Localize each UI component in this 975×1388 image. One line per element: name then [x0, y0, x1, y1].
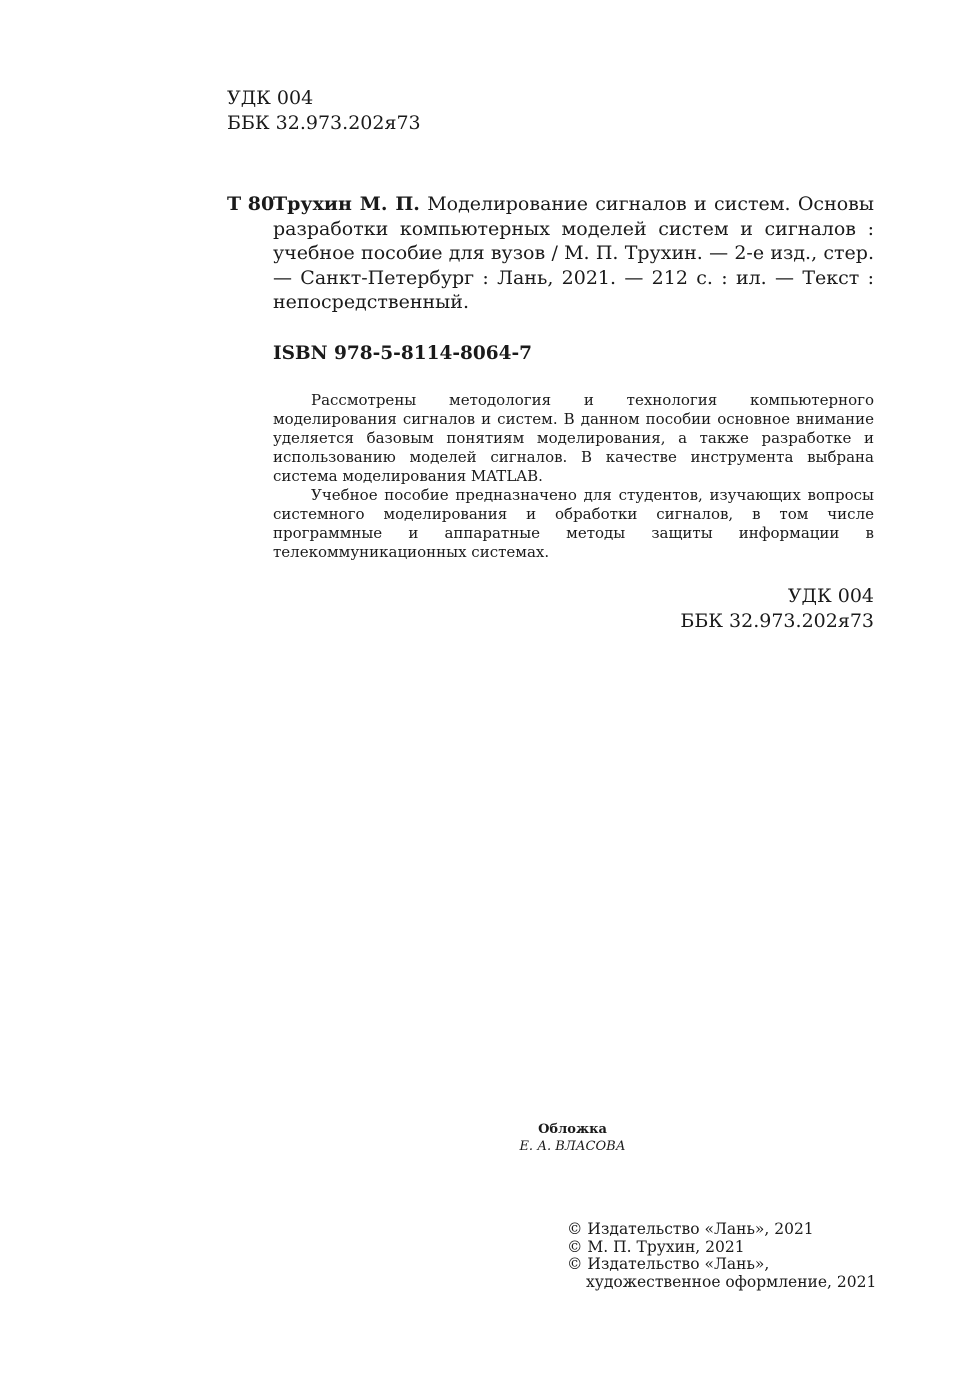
cover-designer: Е. А. ВЛАСОВА: [505, 1138, 640, 1155]
author-name: Трухин М. П.: [273, 193, 420, 215]
cover-credit: Обложка Е. А. ВЛАСОВА: [505, 1121, 640, 1155]
annotation-paragraph: Учебное пособие предназначено для студен…: [273, 486, 874, 562]
copyright-line: © Издательство «Лань», 2021: [567, 1221, 876, 1239]
bbk-code: ББК 32.973.202я73: [227, 111, 421, 136]
udk-code: УДК 004: [227, 86, 421, 111]
author-code: Т 80: [227, 192, 274, 217]
copyright-line: © М. П. Трухин, 2021: [567, 1239, 876, 1257]
cover-label: Обложка: [505, 1121, 640, 1138]
entry-body: Трухин М. П. Моделирование сигналов и си…: [273, 192, 874, 315]
udk-code: УДК 004: [680, 584, 874, 609]
copyright-line: художественное оформление, 2021: [567, 1274, 876, 1292]
isbn: ISBN 978-5-8114-8064-7: [273, 343, 532, 364]
classification-bottom: УДК 004 ББК 32.973.202я73: [680, 584, 874, 634]
bbk-code: ББК 32.973.202я73: [680, 609, 874, 634]
bibliographic-entry: Т 80 Трухин М. П. Моделирование сигналов…: [227, 192, 874, 315]
classification-top: УДК 004 ББК 32.973.202я73: [227, 86, 421, 136]
copyright-block: © Издательство «Лань», 2021 © М. П. Трух…: [567, 1221, 876, 1291]
annotation: Рассмотрены методология и технология ком…: [273, 391, 874, 562]
annotation-paragraph: Рассмотрены методология и технология ком…: [273, 391, 874, 486]
copyright-line: © Издательство «Лань»,: [567, 1256, 876, 1274]
